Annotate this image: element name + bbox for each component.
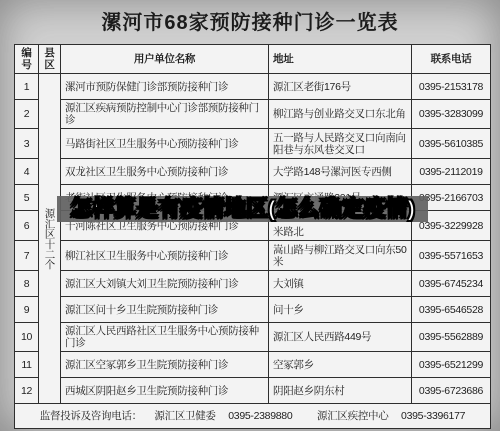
clinic-phone: 0395-6521299 [412,352,491,378]
clinic-address: 五一路与人民路交叉口向南向阳巷与东风巷交叉口 [269,129,412,159]
row-number: 9 [15,297,39,323]
footer-row: 监督投诉及咨询电话： 源汇区卫健委 0395-2389880 源汇区疾控中心 0… [15,404,491,429]
footer-org-1: 源汇区卫健委 [154,410,215,422]
clinic-address: 大学路148号漯河医专西侧 [269,159,412,185]
district-group-label: 源汇区十二个 [39,74,61,404]
table-row: 8源汇区大刘镇大刘卫生院预防接种门诊大刘镇0395-6745234 [15,271,491,297]
clinic-name: 西城区阴阳赵乡卫生院预防接种门诊 [61,378,269,404]
row-number: 2 [15,100,39,129]
clinic-address: 问十乡 [269,297,412,323]
clinic-address: 柳江路与创业路交叉口东北角 [269,100,412,129]
clinic-phone: 0395-2153178 [412,74,491,100]
clinic-phone: 0395-5610385 [412,129,491,159]
clinic-phone: 0395-5571653 [412,241,491,271]
row-number: 6 [15,211,39,241]
table-row: 12西城区阴阳赵乡卫生院预防接种门诊阴阳赵乡阴东村0395-6723686 [15,378,491,404]
footer-phone-2: 0395-3396177 [401,410,465,422]
clinic-name: 源汇区空冢郭乡卫生院预防接种门诊 [61,352,269,378]
clinic-address: 阴阳赵乡阴东村 [269,378,412,404]
clinic-address: 源汇区人民西路449号 [269,323,412,352]
table-body: 1源汇区十二个漯河市预防保健门诊部预防接种门诊源汇区老街176号0395-215… [15,74,491,404]
footer-phone-1: 0395-2389880 [228,410,292,422]
col-header-address: 地址 [269,45,412,74]
row-number: 8 [15,271,39,297]
clinic-name: 马路街社区卫生服务中心预防接种门诊 [61,129,269,159]
table-row: 4双龙社区卫生服务中心预防接种门诊大学路148号漯河医专西侧0395-21120… [15,159,491,185]
table-row: 3马路街社区卫生服务中心预防接种门诊五一路与人民路交叉口向南向阳巷与东风巷交叉口… [15,129,491,159]
clinic-phone: 0395-5562889 [412,323,491,352]
table-footer: 监督投诉及咨询电话： 源汇区卫健委 0395-2389880 源汇区疾控中心 0… [15,404,491,429]
watermark-overlay: 怎样算是有疫情地区(怎么确定疫情) [57,196,428,222]
clinic-address: 空冢郭乡 [269,352,412,378]
clinic-phone: 0395-3283099 [412,100,491,129]
screenshot-root: 漯河市68家预防接种门诊一览表 编号 县区 用户单位名称 地址 联系电话 1源汇… [0,0,500,431]
row-number: 5 [15,185,39,211]
table-row: 9源汇区问十乡卫生院预防接种门诊问十乡0395-6546528 [15,297,491,323]
clinic-name: 源汇区人民西路社区卫生服务中心预防接种门诊 [61,323,269,352]
clinic-phone: 0395-2112019 [412,159,491,185]
col-header-number: 编号 [15,45,39,74]
page-title: 漯河市68家预防接种门诊一览表 [0,6,500,35]
clinic-phone: 0395-6745234 [412,271,491,297]
clinic-name: 柳江社区卫生服务中心预防接种门诊 [61,241,269,271]
col-header-district: 县区 [39,45,61,74]
table-row: 10源汇区人民西路社区卫生服务中心预防接种门诊源汇区人民西路449号0395-5… [15,323,491,352]
clinic-name: 双龙社区卫生服务中心预防接种门诊 [61,159,269,185]
clinic-address: 源汇区老街176号 [269,74,412,100]
clinic-phone: 0395-6723686 [412,378,491,404]
row-number: 7 [15,241,39,271]
row-number: 10 [15,323,39,352]
table-row: 11源汇区空冢郭乡卫生院预防接种门诊空冢郭乡0395-6521299 [15,352,491,378]
clinic-name: 源汇区大刘镇大刘卫生院预防接种门诊 [61,271,269,297]
table-row: 7柳江社区卫生服务中心预防接种门诊嵩山路与柳江路交叉口向东50米0395-557… [15,241,491,271]
clinic-name: 源汇区疾病预防控制中心门诊部预防接种门诊 [61,100,269,129]
clinic-name: 源汇区问十乡卫生院预防接种门诊 [61,297,269,323]
row-number: 4 [15,159,39,185]
row-number: 12 [15,378,39,404]
row-number: 3 [15,129,39,159]
clinic-address: 大刘镇 [269,271,412,297]
table-row: 2源汇区疾病预防控制中心门诊部预防接种门诊柳江路与创业路交叉口东北角0395-3… [15,100,491,129]
row-number: 1 [15,74,39,100]
clinic-address: 嵩山路与柳江路交叉口向东50米 [269,241,412,271]
table-row: 1源汇区十二个漯河市预防保健门诊部预防接种门诊源汇区老街176号0395-215… [15,74,491,100]
watermark-text: 怎样算是有疫情地区(怎么确定疫情) [70,196,415,222]
footer-label: 监督投诉及咨询电话： [40,410,142,422]
header-row: 编号 县区 用户单位名称 地址 联系电话 [15,45,491,74]
clinic-phone: 0395-6546528 [412,297,491,323]
footer-org-2: 源汇区疾控中心 [317,410,388,422]
clinic-name: 漯河市预防保健门诊部预防接种门诊 [61,74,269,100]
clinic-table: 编号 县区 用户单位名称 地址 联系电话 1源汇区十二个漯河市预防保健门诊部预防… [14,44,491,429]
row-number: 11 [15,352,39,378]
col-header-unit: 用户单位名称 [61,45,269,74]
col-header-phone: 联系电话 [412,45,491,74]
